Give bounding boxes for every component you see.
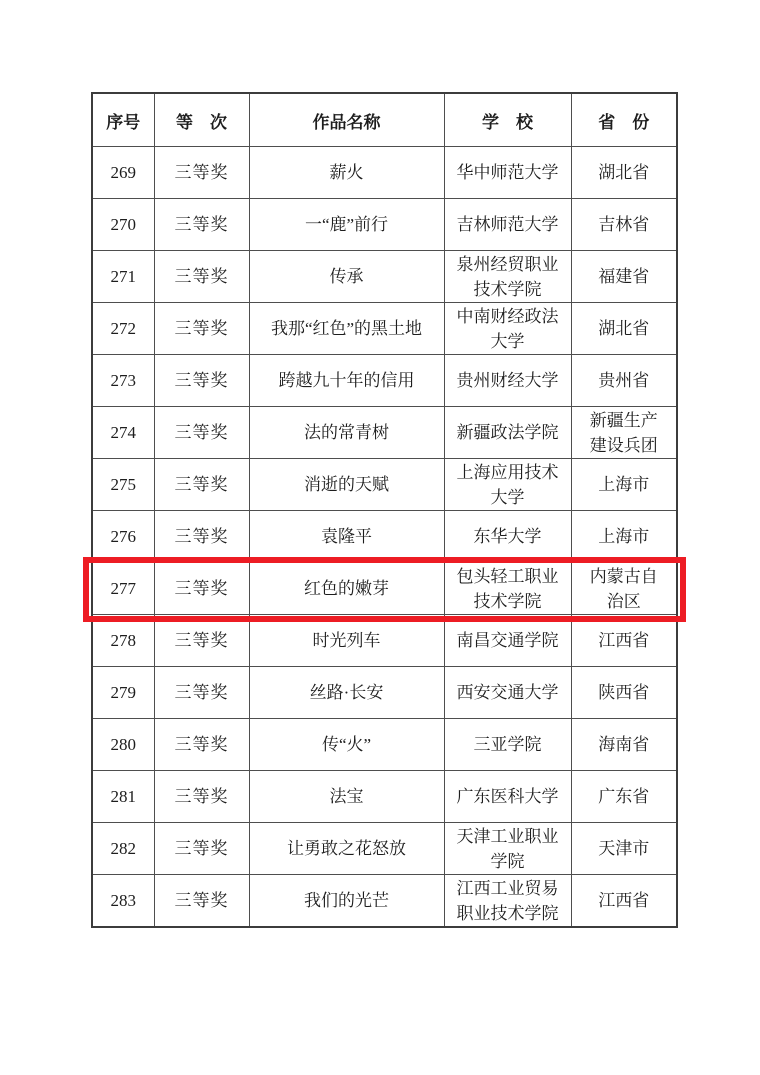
cell-school: 三亚学院 — [444, 719, 571, 771]
cell-work-title: 袁隆平 — [249, 511, 444, 563]
document-page: 序号 等 次 作品名称 学 校 省 份 269 三等奖 薪火 华中师范大学 湖北… — [0, 0, 760, 1075]
table-row: 278 三等奖 时光列车 南昌交通学院 江西省 — [92, 615, 677, 667]
cell-serial: 282 — [92, 823, 154, 875]
table-row: 281 三等奖 法宝 广东医科大学 广东省 — [92, 771, 677, 823]
table-row: 273 三等奖 跨越九十年的信用 贵州财经大学 贵州省 — [92, 355, 677, 407]
cell-rank: 三等奖 — [154, 199, 249, 251]
cell-rank: 三等奖 — [154, 615, 249, 667]
table-row: 275 三等奖 消逝的天赋 上海应用技术大学 上海市 — [92, 459, 677, 511]
cell-rank: 三等奖 — [154, 459, 249, 511]
table-row: 269 三等奖 薪火 华中师范大学 湖北省 — [92, 147, 677, 199]
cell-rank: 三等奖 — [154, 407, 249, 459]
cell-serial: 274 — [92, 407, 154, 459]
cell-work-title: 法宝 — [249, 771, 444, 823]
cell-rank: 三等奖 — [154, 511, 249, 563]
cell-rank: 三等奖 — [154, 303, 249, 355]
cell-province: 江西省 — [571, 615, 677, 667]
cell-rank: 三等奖 — [154, 667, 249, 719]
cell-work-title: 传承 — [249, 251, 444, 303]
table-row: 282 三等奖 让勇敢之花怒放 天津工业职业学院 天津市 — [92, 823, 677, 875]
cell-serial: 276 — [92, 511, 154, 563]
table-row: 274 三等奖 法的常青树 新疆政法学院 新疆生产建设兵团 — [92, 407, 677, 459]
cell-serial: 279 — [92, 667, 154, 719]
table-header-row: 序号 等 次 作品名称 学 校 省 份 — [92, 93, 677, 147]
cell-work-title: 让勇敢之花怒放 — [249, 823, 444, 875]
cell-serial: 281 — [92, 771, 154, 823]
table-row: 272 三等奖 我那“红色”的黑土地 中南财经政法大学 湖北省 — [92, 303, 677, 355]
header-serial: 序号 — [92, 93, 154, 147]
cell-school: 泉州经贸职业技术学院 — [444, 251, 571, 303]
cell-work-title: 消逝的天赋 — [249, 459, 444, 511]
table-row-highlighted: 277 三等奖 红色的嫩芽 包头轻工职业技术学院 内蒙古自治区 — [92, 563, 677, 615]
table-row: 279 三等奖 丝路·长安 西安交通大学 陕西省 — [92, 667, 677, 719]
cell-province: 贵州省 — [571, 355, 677, 407]
cell-serial: 270 — [92, 199, 154, 251]
cell-rank: 三等奖 — [154, 771, 249, 823]
cell-work-title: 红色的嫩芽 — [249, 563, 444, 615]
table-body: 269 三等奖 薪火 华中师范大学 湖北省 270 三等奖 一“鹿”前行 吉林师… — [92, 147, 677, 928]
cell-work-title: 一“鹿”前行 — [249, 199, 444, 251]
cell-serial: 273 — [92, 355, 154, 407]
cell-school: 广东医科大学 — [444, 771, 571, 823]
table-row: 276 三等奖 袁隆平 东华大学 上海市 — [92, 511, 677, 563]
cell-rank: 三等奖 — [154, 355, 249, 407]
cell-rank: 三等奖 — [154, 251, 249, 303]
cell-work-title: 传“火” — [249, 719, 444, 771]
cell-province: 天津市 — [571, 823, 677, 875]
header-work: 作品名称 — [249, 93, 444, 147]
cell-province: 湖北省 — [571, 303, 677, 355]
cell-school: 江西工业贸易职业技术学院 — [444, 875, 571, 928]
cell-work-title: 跨越九十年的信用 — [249, 355, 444, 407]
cell-serial: 269 — [92, 147, 154, 199]
table-row: 270 三等奖 一“鹿”前行 吉林师范大学 吉林省 — [92, 199, 677, 251]
cell-province: 上海市 — [571, 459, 677, 511]
cell-province: 陕西省 — [571, 667, 677, 719]
cell-school: 吉林师范大学 — [444, 199, 571, 251]
cell-serial: 272 — [92, 303, 154, 355]
cell-work-title: 我那“红色”的黑土地 — [249, 303, 444, 355]
cell-school: 上海应用技术大学 — [444, 459, 571, 511]
cell-province: 海南省 — [571, 719, 677, 771]
cell-province: 江西省 — [571, 875, 677, 928]
cell-serial: 283 — [92, 875, 154, 928]
header-school: 学 校 — [444, 93, 571, 147]
table-row: 283 三等奖 我们的光芒 江西工业贸易职业技术学院 江西省 — [92, 875, 677, 928]
cell-province: 上海市 — [571, 511, 677, 563]
awards-table: 序号 等 次 作品名称 学 校 省 份 269 三等奖 薪火 华中师范大学 湖北… — [91, 92, 678, 928]
cell-province: 内蒙古自治区 — [571, 563, 677, 615]
cell-serial: 277 — [92, 563, 154, 615]
cell-province: 吉林省 — [571, 199, 677, 251]
cell-school: 新疆政法学院 — [444, 407, 571, 459]
cell-school: 贵州财经大学 — [444, 355, 571, 407]
cell-serial: 280 — [92, 719, 154, 771]
cell-school: 华中师范大学 — [444, 147, 571, 199]
cell-rank: 三等奖 — [154, 563, 249, 615]
cell-work-title: 丝路·长安 — [249, 667, 444, 719]
cell-work-title: 法的常青树 — [249, 407, 444, 459]
cell-school: 天津工业职业学院 — [444, 823, 571, 875]
cell-work-title: 薪火 — [249, 147, 444, 199]
cell-rank: 三等奖 — [154, 147, 249, 199]
cell-province: 广东省 — [571, 771, 677, 823]
table-row: 280 三等奖 传“火” 三亚学院 海南省 — [92, 719, 677, 771]
table-row: 271 三等奖 传承 泉州经贸职业技术学院 福建省 — [92, 251, 677, 303]
cell-work-title: 时光列车 — [249, 615, 444, 667]
cell-school: 西安交通大学 — [444, 667, 571, 719]
cell-serial: 275 — [92, 459, 154, 511]
cell-province: 新疆生产建设兵团 — [571, 407, 677, 459]
cell-rank: 三等奖 — [154, 719, 249, 771]
header-province: 省 份 — [571, 93, 677, 147]
cell-work-title: 我们的光芒 — [249, 875, 444, 928]
cell-school: 南昌交通学院 — [444, 615, 571, 667]
cell-serial: 278 — [92, 615, 154, 667]
header-rank: 等 次 — [154, 93, 249, 147]
cell-rank: 三等奖 — [154, 823, 249, 875]
cell-rank: 三等奖 — [154, 875, 249, 928]
cell-serial: 271 — [92, 251, 154, 303]
cell-province: 湖北省 — [571, 147, 677, 199]
cell-school: 中南财经政法大学 — [444, 303, 571, 355]
cell-province: 福建省 — [571, 251, 677, 303]
cell-school: 包头轻工职业技术学院 — [444, 563, 571, 615]
cell-school: 东华大学 — [444, 511, 571, 563]
